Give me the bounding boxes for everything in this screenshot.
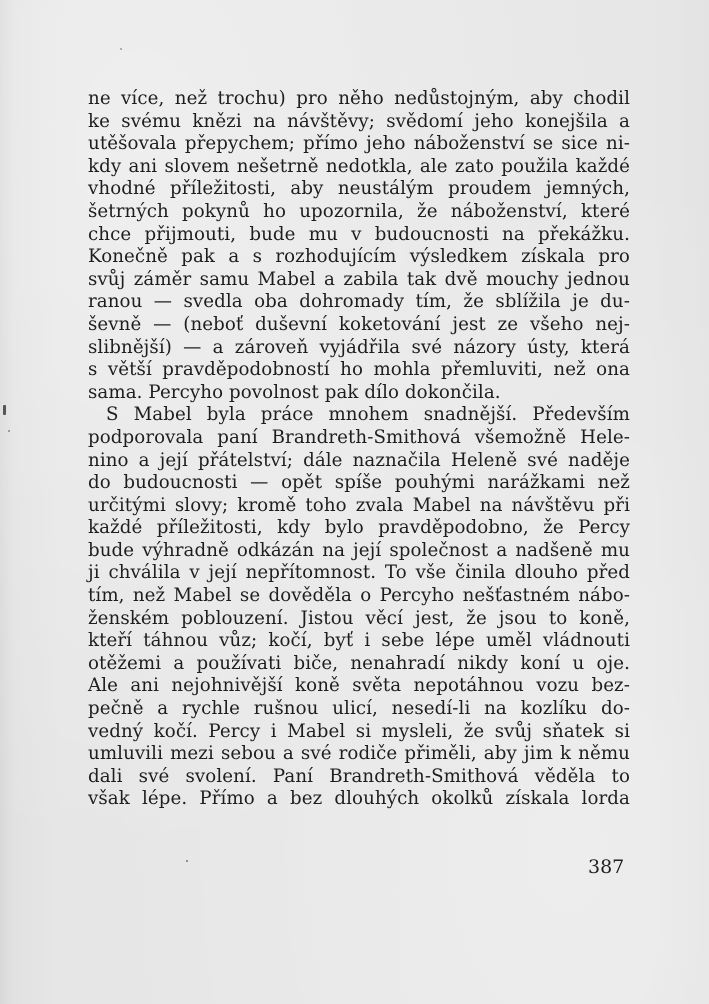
text-line: pečně a rychle rušnou ulicí, nesedí-li n… [88,698,630,721]
text-line: kdy ani slovem nešetrně nedotkla, ale za… [88,156,630,179]
text-line: bude výhradně odkázán na její společnost… [88,540,630,563]
text-line: ženském poblouzení. Jistou věcí jest, že… [88,608,630,631]
text-line: do budoucnosti — opět spíše pouhými nará… [88,472,630,495]
text-line: chce přijmouti, bude mu v budoucnosti na… [88,224,630,247]
text-line: dali své svolení. Paní Brandreth-Smithov… [88,766,630,789]
text-line: ke svému knězi na návštěvy; svědomí jeho… [88,111,630,134]
text-line: ranou — svedla oba dohromady tím, že sbl… [88,291,630,314]
paper-speck [186,860,188,862]
text-line: určitými slovy; kromě toho zvala Mabel n… [88,495,630,518]
text-line: S Mabel byla práce mnohem snadnější. Pře… [88,404,630,427]
text-line: utěšovala přepychem; přímo jeho nábožens… [88,133,630,156]
text-line: umluvili mezi sebou a své rodiče přiměli… [88,743,630,766]
text-line: ne více, než trochu) pro něho nedůstojný… [88,88,630,111]
text-line: ševně — (neboť duševní koketování jest z… [88,314,630,337]
body-text: ne více, než trochu) pro něho nedůstojný… [88,88,630,811]
text-line: tím, než Mabel se dověděla o Percyho neš… [88,585,630,608]
text-line: kteří táhnou vůz; kočí, byť i sebe lépe … [88,630,630,653]
text-line: Ale ani nejohnivější koně světa nepotáhn… [88,675,630,698]
text-line: šetrných pokynů ho upozornila, že nábože… [88,201,630,224]
text-line: slibnější) — a zároveň vyjádřila své náz… [88,337,630,360]
text-line: vedný kočí. Percy i Mabel si mysleli, že… [88,721,630,744]
text-line: však lépe. Přímo a bez dlouhých okolků z… [88,788,630,811]
paragraph-1: ne více, než trochu) pro něho nedůstojný… [88,88,630,404]
page-number: 387 [588,856,624,878]
text-line: s větší pravděpodobností ho mohla přemlu… [88,359,630,382]
text-line: vhodné příležitosti, aby neustálým proud… [88,178,630,201]
text-line: Konečně pak a s rozhodujícím výsledkem z… [88,246,630,269]
book-page: ne více, než trochu) pro něho nedůstojný… [0,0,709,1004]
text-line: podporovala paní Brandreth-Smithová všem… [88,427,630,450]
paper-speck [3,405,6,415]
text-line: sama. Percyho povolnost pak dílo dokonči… [88,382,630,405]
paragraph-2: S Mabel byla práce mnohem snadnější. Pře… [88,404,630,811]
text-line: nino a její přátelství; dále naznačila H… [88,450,630,473]
text-line: svůj záměr samu Mabel a zabila tak dvě m… [88,269,630,292]
paper-speck [8,430,10,432]
text-line: otěžemi a používati biče, nenahradí nikd… [88,653,630,676]
paper-speck [120,48,122,50]
text-line: ji chválila v její nepřítomnost. To vše … [88,562,630,585]
text-line: každé příležitosti, kdy bylo pravděpodob… [88,517,630,540]
